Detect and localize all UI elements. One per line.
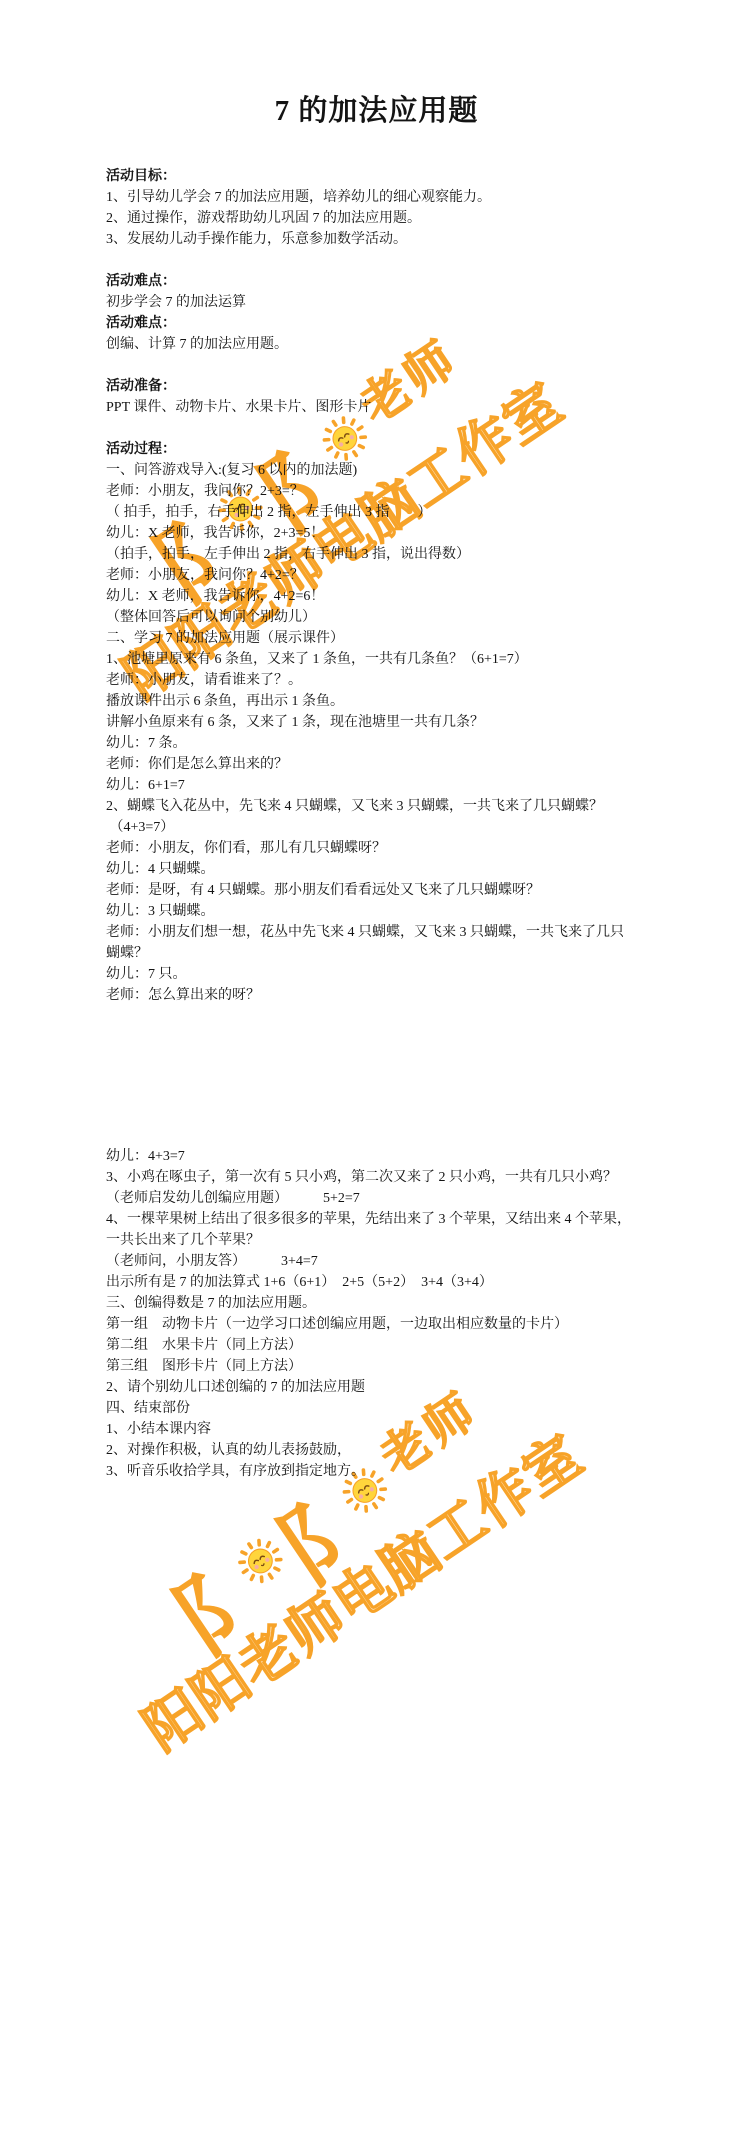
doc-line: 2、通过操作，游戏帮助幼儿巩固 7 的加法应用题。: [106, 208, 676, 229]
doc-line: （4+3=7）: [106, 817, 676, 838]
document-page: 阝: [0, 0, 753, 2130]
doc-line: 1、池塘里原来有 6 条鱼，又来了 1 条鱼，一共有几条鱼？（6+1=7）: [106, 649, 676, 670]
section-heading: 活动目标：: [106, 166, 676, 187]
doc-line: 幼儿：4 只蝴蝶。: [106, 859, 676, 880]
doc-line: 幼儿：6+1=7: [106, 775, 676, 796]
section-heading: 活动准备：: [106, 376, 676, 397]
doc-line: 讲解小鱼原来有 6 条，又来了 1 条，现在池塘里一共有几条？: [106, 712, 676, 733]
section-heading: 活动难点：: [106, 271, 676, 292]
doc-line: 老师：小朋友，我问你？2+3=？: [106, 481, 676, 502]
section-heading: 活动难点：: [106, 313, 676, 334]
doc-line: 幼儿：X 老师，我告诉你，4+2=6！: [106, 586, 676, 607]
page-title: 7 的加法应用题: [0, 88, 753, 129]
doc-line: 老师：怎么算出来的呀？: [106, 985, 676, 1006]
doc-line: 第一组 动物卡片（一边学习口述创编应用题，一边取出相应数量的卡片）: [106, 1314, 676, 1335]
doc-line: PPT 课件、动物卡片、水果卡片、图形卡片: [106, 397, 676, 418]
doc-line: 四、结束部份: [106, 1398, 676, 1419]
document-body: 活动目标：1、引导幼儿学会 7 的加法应用题，培养幼儿的细心观察能力。2、通过操…: [106, 166, 676, 1482]
doc-line: 老师：你们是怎么算出来的？: [106, 754, 676, 775]
doc-line: 3、听音乐收拾学具，有序放到指定地方。: [106, 1461, 676, 1482]
doc-line: 2、请个别幼儿口述创编的 7 的加法应用题: [106, 1377, 676, 1398]
doc-line: 老师：小朋友，你们看，那儿有几只蝴蝶呀？: [106, 838, 676, 859]
doc-line: 幼儿：3 只蝴蝶。: [106, 901, 676, 922]
doc-line: 三、创编得数是 7 的加法应用题。: [106, 1293, 676, 1314]
section-heading: 活动过程：: [106, 439, 676, 460]
doc-line: 创编、计算 7 的加法应用题。: [106, 334, 676, 355]
doc-line: 幼儿：7 条。: [106, 733, 676, 754]
doc-line: 幼儿：7 只。: [106, 964, 676, 985]
doc-line: 一、问答游戏导入:(复习 6 以内的加法题): [106, 460, 676, 481]
doc-line: 2、对操作积极，认真的幼儿表扬鼓励，: [106, 1440, 676, 1461]
doc-line: 1、小结本课内容: [106, 1419, 676, 1440]
doc-line: 幼儿：X 老师，我告诉你，2+3=5！: [106, 523, 676, 544]
doc-line: 老师：小朋友们想一想，花丛中先飞来 4 只蝴蝶，又飞来 3 只蝴蝶，一共飞来了几…: [106, 922, 676, 943]
doc-line: 1、引导幼儿学会 7 的加法应用题，培养幼儿的细心观察能力。: [106, 187, 676, 208]
doc-line: 4、一棵苹果树上结出了很多很多的苹果，先结出来了 3 个苹果，又结出来 4 个苹…: [106, 1209, 676, 1230]
doc-line: （老师启发幼儿创编应用题） 5+2=7: [106, 1188, 676, 1209]
doc-line: 第三组 图形卡片（同上方法）: [106, 1356, 676, 1377]
doc-line: （老师问，小朋友答） 3+4=7: [106, 1251, 676, 1272]
doc-line: 二、学习 7 的加法应用题（展示课件）: [106, 628, 676, 649]
doc-line: 老师：小朋友，我问你？4+2=？: [106, 565, 676, 586]
doc-line: 蝴蝶？: [106, 943, 676, 964]
doc-line: 出示所有是 7 的加法算式 1+6（6+1） 2+5（5+2） 3+4（3+4）: [106, 1272, 676, 1293]
doc-line: 老师：小朋友，请看谁来了？。: [106, 670, 676, 691]
blank-line: [106, 418, 676, 439]
yang-radical-glyph: 阝: [162, 1547, 285, 1667]
doc-line: （整体回答后可以询问个别幼儿）: [106, 607, 676, 628]
yang-radical-glyph: 阝: [266, 1477, 389, 1597]
sun-icon: [228, 1529, 292, 1593]
blank-line: [106, 250, 676, 271]
doc-line: 3、发展幼儿动手操作能力，乐意参加数学活动。: [106, 229, 676, 250]
doc-line: 2、蝴蝶飞入花丛中，先飞来 4 只蝴蝶，又飞来 3 只蝴蝶，一共飞来了几只蝴蝶？: [106, 796, 676, 817]
doc-line: 老师：是呀，有 4 只蝴蝶。那小朋友们看看远处又飞来了几只蝴蝶呀？: [106, 880, 676, 901]
doc-line: （拍手，拍手，左手伸出 2 指，右手伸出 3 指，说出得数）: [106, 544, 676, 565]
doc-line: （ 拍手，拍手，右手伸出 2 指，左手伸出 3 指 ）: [106, 502, 676, 523]
blank-line: [106, 355, 676, 376]
doc-line: 初步学会 7 的加法运算: [106, 292, 676, 313]
doc-line: 第二组 水果卡片（同上方法）: [106, 1335, 676, 1356]
page-gap: [106, 1006, 676, 1146]
doc-line: 播放课件出示 6 条鱼，再出示 1 条鱼。: [106, 691, 676, 712]
doc-line: 一共长出来了几个苹果？: [106, 1230, 676, 1251]
doc-line: 幼儿：4+3=7: [106, 1146, 676, 1167]
doc-line: 3、小鸡在啄虫子，第一次有 5 只小鸡，第二次又来了 2 只小鸡，一共有几只小鸡…: [106, 1167, 676, 1188]
